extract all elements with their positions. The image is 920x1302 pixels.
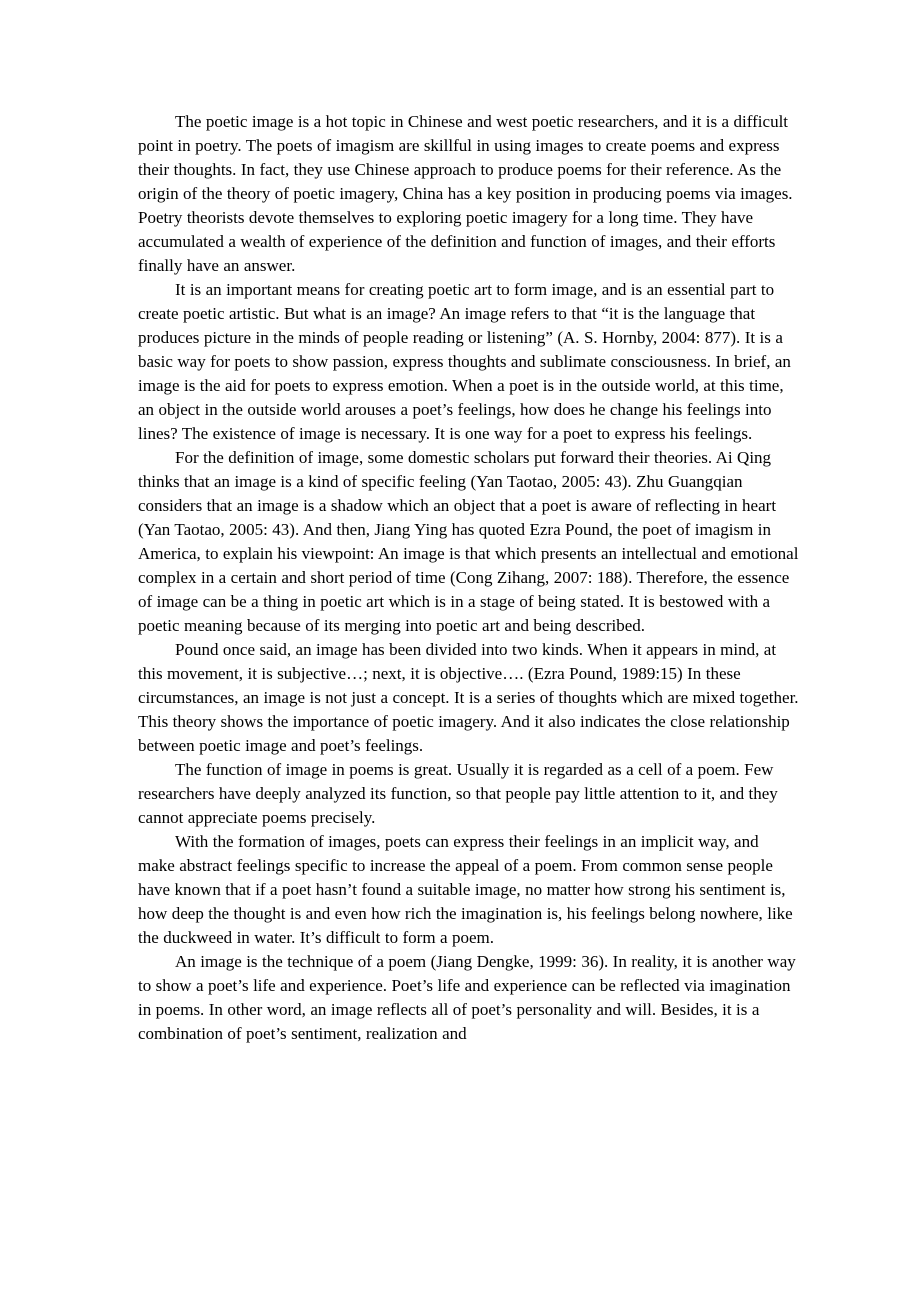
document-page: The poetic image is a hot topic in Chine… <box>0 0 920 1302</box>
paragraph: Pound once said, an image has been divid… <box>138 638 799 758</box>
text-block: The poetic image is a hot topic in Chine… <box>138 110 799 1046</box>
paragraph: The function of image in poems is great.… <box>138 758 799 830</box>
paragraph: For the definition of image, some domest… <box>138 446 799 638</box>
paragraph: The poetic image is a hot topic in Chine… <box>138 110 799 278</box>
paragraph: It is an important means for creating po… <box>138 278 799 446</box>
paragraph: With the formation of images, poets can … <box>138 830 799 950</box>
paragraph: An image is the technique of a poem (Jia… <box>138 950 799 1046</box>
